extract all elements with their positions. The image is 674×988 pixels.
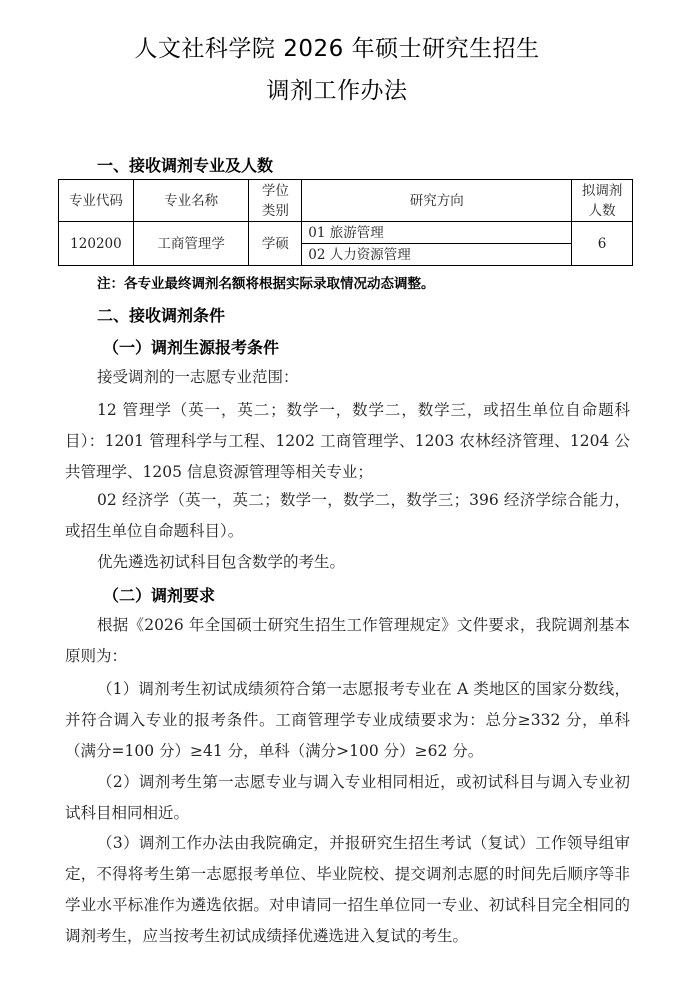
header-degree-line-1: 学位 [249,181,301,201]
table-row: 120200 工商管理学 学硕 01 旅游管理 6 [59,222,633,244]
cell-quota: 6 [572,222,633,266]
paragraph-management-scope: 12 管理学（英一，英二；数学一，数学二，数学三，或招生单位自命题科目）：120… [65,395,630,488]
cell-degree: 学硕 [249,222,302,266]
header-degree-line-2: 类别 [249,201,301,221]
header-name: 专业名称 [133,180,249,222]
majors-table: 专业代码 专业名称 学位 类别 研究方向 拟调剂 人数 120200 工商管理学… [58,179,633,266]
section-2-heading: 二、接收调剂条件 [97,303,225,326]
document-title-line-1: 人文社科学院 2026 年硕士研究生招生 [0,30,674,63]
paragraph-requirement-2: （2）调剂考生第一志愿专业与调入专业相同相近，或初试科目与调入专业初试科目相同相… [65,767,630,829]
quota-note: 注：各专业最终调剂名额将根据实际录取情况动态调整。 [97,272,435,292]
paragraph-scope-intro: 接受调剂的一志愿专业范围： [65,362,630,393]
header-code: 专业代码 [59,180,134,222]
subsection-1-heading: （一）调剂生源报考条件 [103,335,279,358]
subsection-2-heading: （二）调剂要求 [103,583,215,606]
paragraph-math-priority: 优先遴选初试科目包含数学的考生。 [65,547,630,578]
header-direction: 研究方向 [302,180,572,222]
cell-name: 工商管理学 [133,222,249,266]
header-quota: 拟调剂 人数 [572,180,633,222]
document-title-line-2: 调剂工作办法 [0,72,674,105]
cell-direction-2: 02 人力资源管理 [302,244,572,266]
cell-direction-1: 01 旅游管理 [302,222,572,244]
paragraph-requirement-1: （1）调剂考生初试成绩须符合第一志愿报考专业在 A 类地区的国家分数线，并符合调… [65,674,630,767]
cell-code: 120200 [59,222,134,266]
header-degree: 学位 类别 [249,180,302,222]
header-quota-line-1: 拟调剂 [572,181,632,201]
section-1-heading: 一、接收调剂专业及人数 [97,153,273,176]
table-header-row: 专业代码 专业名称 学位 类别 研究方向 拟调剂 人数 [59,180,633,222]
header-quota-line-2: 人数 [572,201,632,221]
paragraph-regulation-basis: 根据《2026 年全国硕士研究生招生工作管理规定》文件要求，我院调剂基本原则为： [65,610,630,672]
paragraph-requirement-3: （3）调剂工作办法由我院确定，并报研究生招生考试（复试）工作领导组审定，不得将考… [65,828,630,952]
paragraph-economics-scope: 02 经济学（英一，英二；数学一，数学二，数学三；396 经济学综合能力，或招生… [65,485,630,547]
